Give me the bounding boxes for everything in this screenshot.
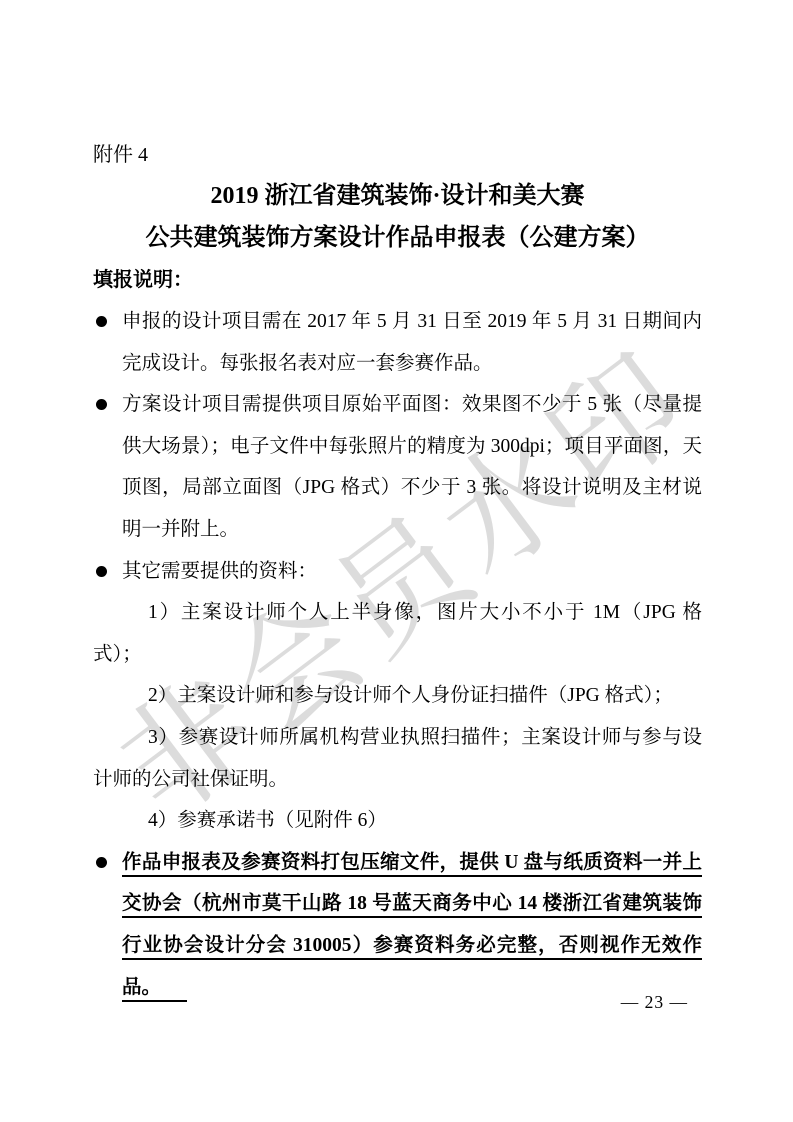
instruction-bullet-1: 申报的设计项目需在 2017 年 5 月 31 日至 2019 年 5 月 31… (122, 301, 702, 384)
instruction-subitem-1-text: 1）主案设计师个人上半身像，图片大小不小于 1M（JPG 格式）； (93, 602, 702, 665)
document-content: 附件 4 2019 浙江省建筑装饰·设计和美大赛 公共建筑装饰方案设计作品申报表… (0, 0, 793, 1008)
section-heading: 填报说明： (93, 259, 702, 301)
instruction-bullet-2-text: 方案设计项目需提供项目原始平面图：效果图不少于 5 张（尽量提供大场景）；电子文… (122, 394, 702, 540)
instruction-bullet-4: 作品申报表及参赛资料打包压缩文件，提供 U 盘与纸质资料一并上交协会（杭州市莫干… (122, 842, 702, 1008)
document-page: 非会员水印 附件 4 2019 浙江省建筑装饰·设计和美大赛 公共建筑装饰方案设… (0, 0, 793, 1122)
bullet-icon (96, 316, 107, 327)
underline-tail (161, 1000, 187, 1002)
instruction-bullet-1-text: 申报的设计项目需在 2017 年 5 月 31 日至 2019 年 5 月 31… (122, 311, 702, 374)
bullet-icon (96, 399, 107, 410)
bullet-icon (96, 566, 107, 577)
instruction-subitem-3: 3）参赛设计师所属机构营业执照扫描件；主案设计师与参与设计师的公司社保证明。 (93, 717, 702, 800)
instruction-subitem-2-text: 2）主案设计师和参与设计师个人身份证扫描件（JPG 格式）； (148, 685, 673, 706)
bullet-icon (96, 857, 107, 868)
attachment-label: 附件 4 (93, 143, 702, 167)
page-number: — 23 — (621, 991, 688, 1013)
instruction-subitem-1: 1）主案设计师个人上半身像，图片大小不小于 1M（JPG 格式）； (93, 592, 702, 675)
instruction-subitem-4: 4）参赛承诺书（见附件 6） (93, 800, 702, 842)
document-title-line-1: 2019 浙江省建筑装饰·设计和美大赛 (93, 175, 702, 217)
instruction-bullet-2: 方案设计项目需提供项目原始平面图：效果图不少于 5 张（尽量提供大场景）；电子文… (122, 384, 702, 550)
instruction-subitem-4-text: 4）参赛承诺书（见附件 6） (148, 810, 387, 831)
instruction-bullet-4-text: 作品申报表及参赛资料打包压缩文件，提供 U 盘与纸质资料一并上交协会（杭州市莫干… (122, 852, 702, 998)
document-title-line-2: 公共建筑装饰方案设计作品申报表（公建方案） (93, 217, 702, 259)
instruction-bullet-3-text: 其它需要提供的资料： (122, 561, 317, 582)
instruction-subitem-2: 2）主案设计师和参与设计师个人身份证扫描件（JPG 格式）； (93, 675, 702, 717)
instruction-subitem-3-text: 3）参赛设计师所属机构营业执照扫描件；主案设计师与参与设计师的公司社保证明。 (93, 727, 702, 790)
instruction-bullet-3: 其它需要提供的资料： (122, 551, 702, 593)
